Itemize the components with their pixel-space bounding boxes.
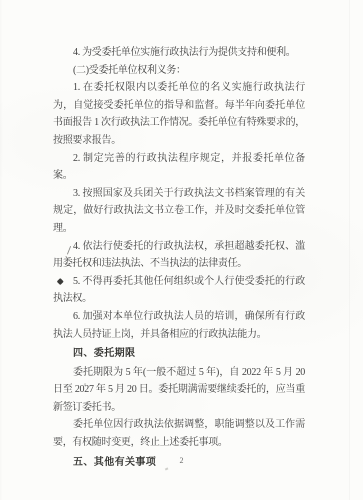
document-text-block: 4. 为受委托单位实施行政执法行为提供支持和便利。 (二)受委托单位权利义务： … [53,44,305,472]
paragraph: 5. 不得再委托其他任何组织或个人行使受委托的行政执法权。 [53,273,305,308]
pencil-annotation-mark [64,245,74,260]
paragraph: 1. 在委托权限内以委托单位的名义实施行政执法行为，自觉接受委托单位的指导和监督… [53,79,305,149]
page-number: 2 [0,456,363,465]
paragraph: 委托期限为 5 年(一般不超过 5 年)，自 2022 年 5 月 20 日至 … [53,364,305,417]
paragraph: 6. 加强对本单位行政执法人员的培训，确保所有行政执法人员持证上岗，并具备相应的… [53,308,305,343]
paragraph: 委托单位因行政执法依据调整，职能调整以及工作需要，有权随时变更，终止上述委托事项… [53,416,305,451]
paragraph: 4. 为受委托单位实施行政执法行为提供支持和便利。 [53,44,305,62]
scanned-document-page: 4. 为受委托单位实施行政执法行为提供支持和便利。 (二)受委托单位权利义务： … [0,0,363,500]
paragraph: (二)受委托单位权利义务： [53,62,305,80]
section-heading-term: 四、委托期限 [53,345,305,363]
paragraph: 3. 按照国家及兵团关于行政执法文书档案管理的有关规定，做好行政执法文书立卷工作… [53,185,305,238]
paragraph: 4. 依法行使委托的行政执法权，承担超越委托权、滥用委托权和违法执法、不当执法的… [53,238,305,273]
paragraph: 2. 制定完善的行政执法程序规定，并报委托单位备案。 [53,150,305,185]
